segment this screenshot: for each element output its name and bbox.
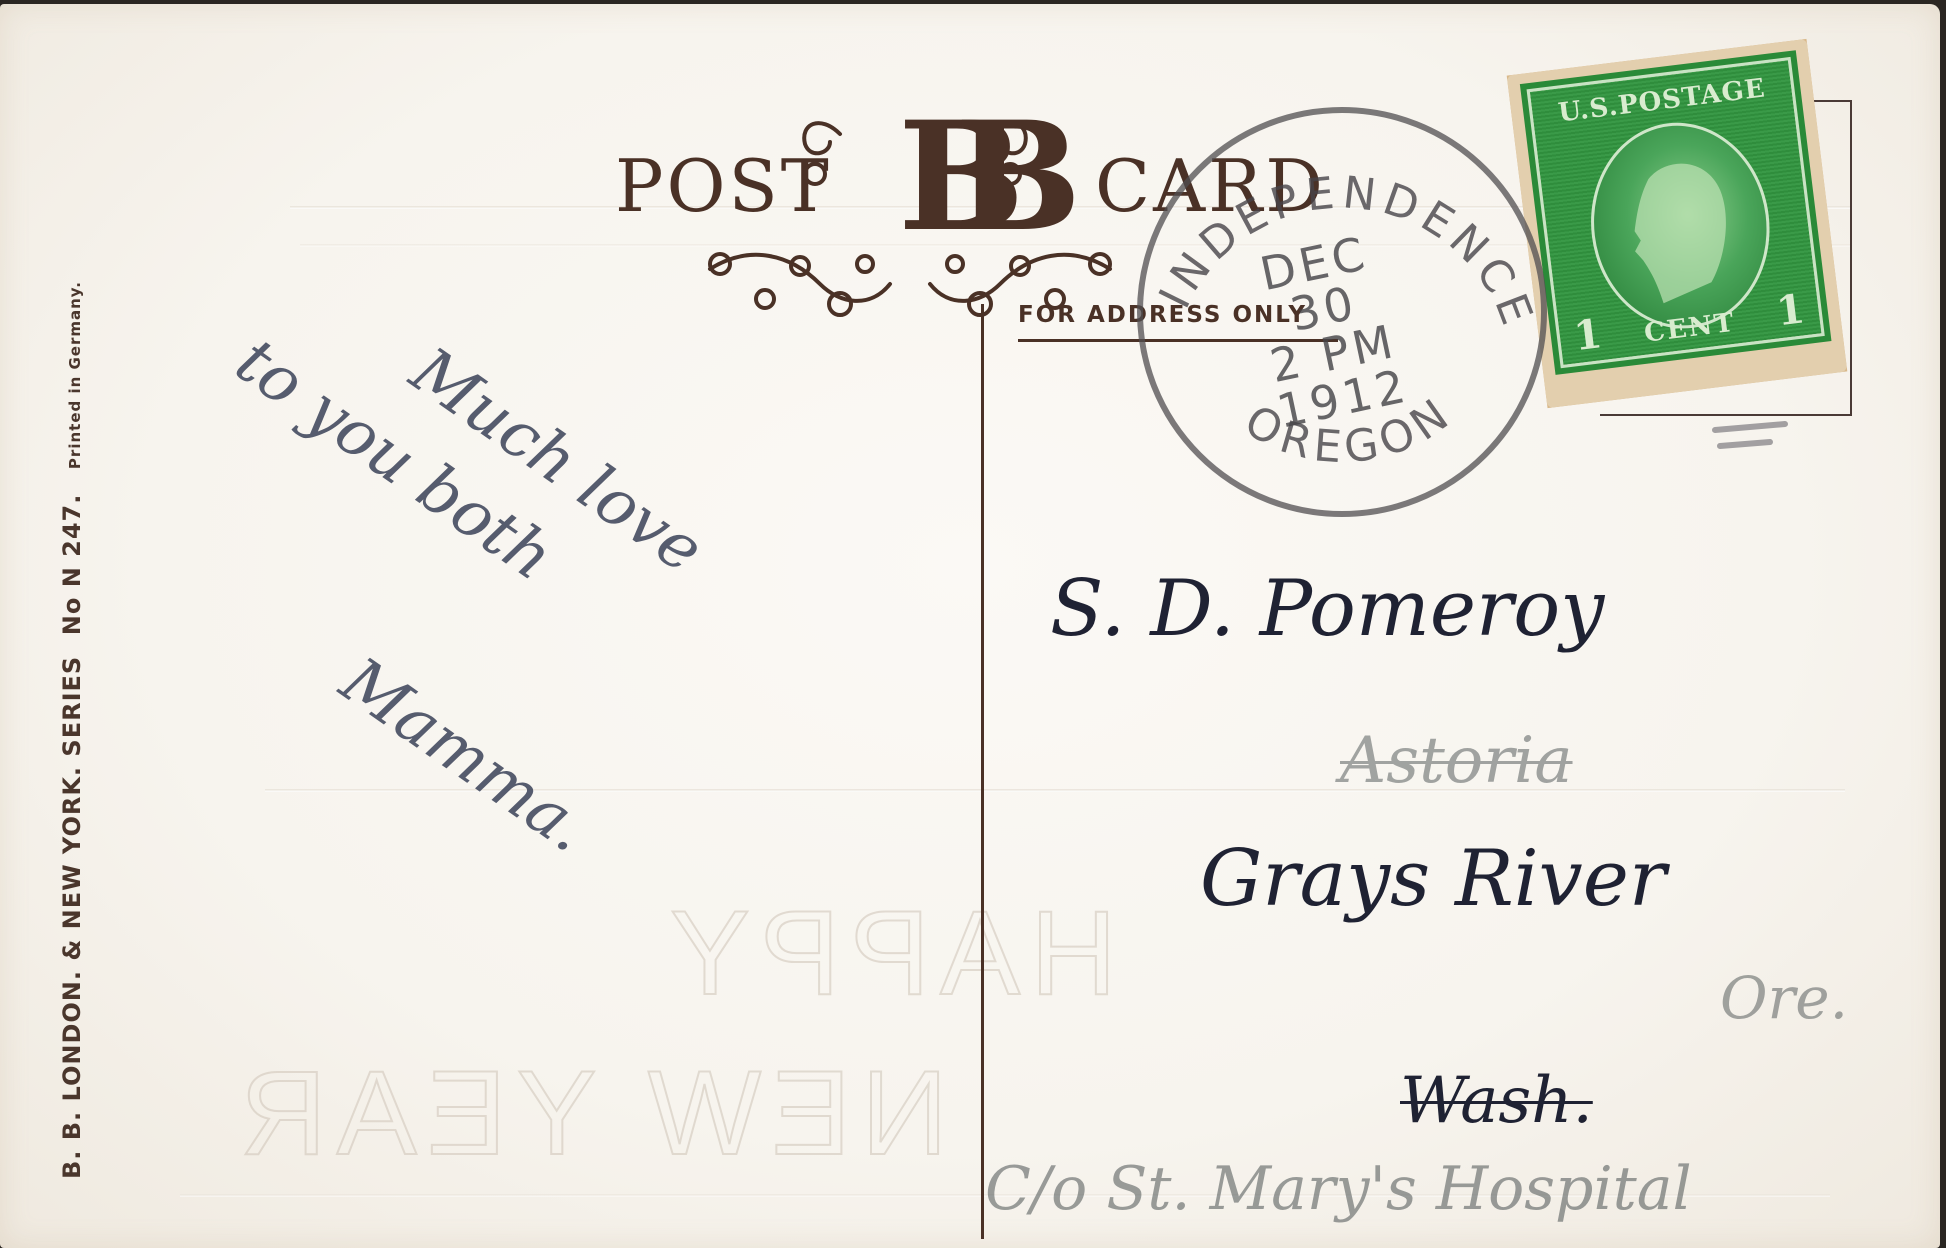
- state: Wash.: [1400, 1064, 1593, 1138]
- postage-stamp: U.S.POSTAGE 1 CENT 1: [1507, 39, 1848, 408]
- message-signature: Mamma.: [328, 644, 603, 867]
- embossed-greeting-line2: NEW YEAR: [230, 1044, 948, 1182]
- stamp-value-word: CENT: [1643, 308, 1738, 349]
- crossed-out-city: Astoria: [1340, 724, 1573, 798]
- stamp-value-right: 1: [1774, 289, 1807, 332]
- recipient-name: S. D. Pomeroy: [1050, 564, 1604, 654]
- bb-monogram-logo: BB: [880, 92, 1070, 292]
- cancel-lines-icon: [1700, 412, 1790, 462]
- monogram-letter: BB: [898, 102, 1012, 252]
- publisher-imprint: B. B. LONDON. & NEW YORK. SERIES No N 24…: [58, 281, 86, 1179]
- printed-in: Printed in Germany.: [66, 281, 84, 469]
- publisher-name: B. B. LONDON. & NEW YORK. SERIES: [58, 656, 86, 1179]
- series-number: No N 247.: [58, 494, 86, 636]
- stamp-face: U.S.POSTAGE 1 CENT 1: [1527, 57, 1825, 368]
- city: Grays River: [1200, 834, 1666, 924]
- embossed-greeting-line1: HAPPY: [660, 884, 1117, 1022]
- center-divider: [981, 304, 984, 1239]
- forwarding-note: C/o St. Mary's Hospital: [985, 1154, 1692, 1224]
- postcard-back: HAPPY NEW YEAR B. B. LONDON. & NEW YORK.…: [0, 4, 1940, 1248]
- stamp-value-left: 1: [1572, 314, 1605, 357]
- crossed-out-state: Ore.: [1720, 964, 1848, 1032]
